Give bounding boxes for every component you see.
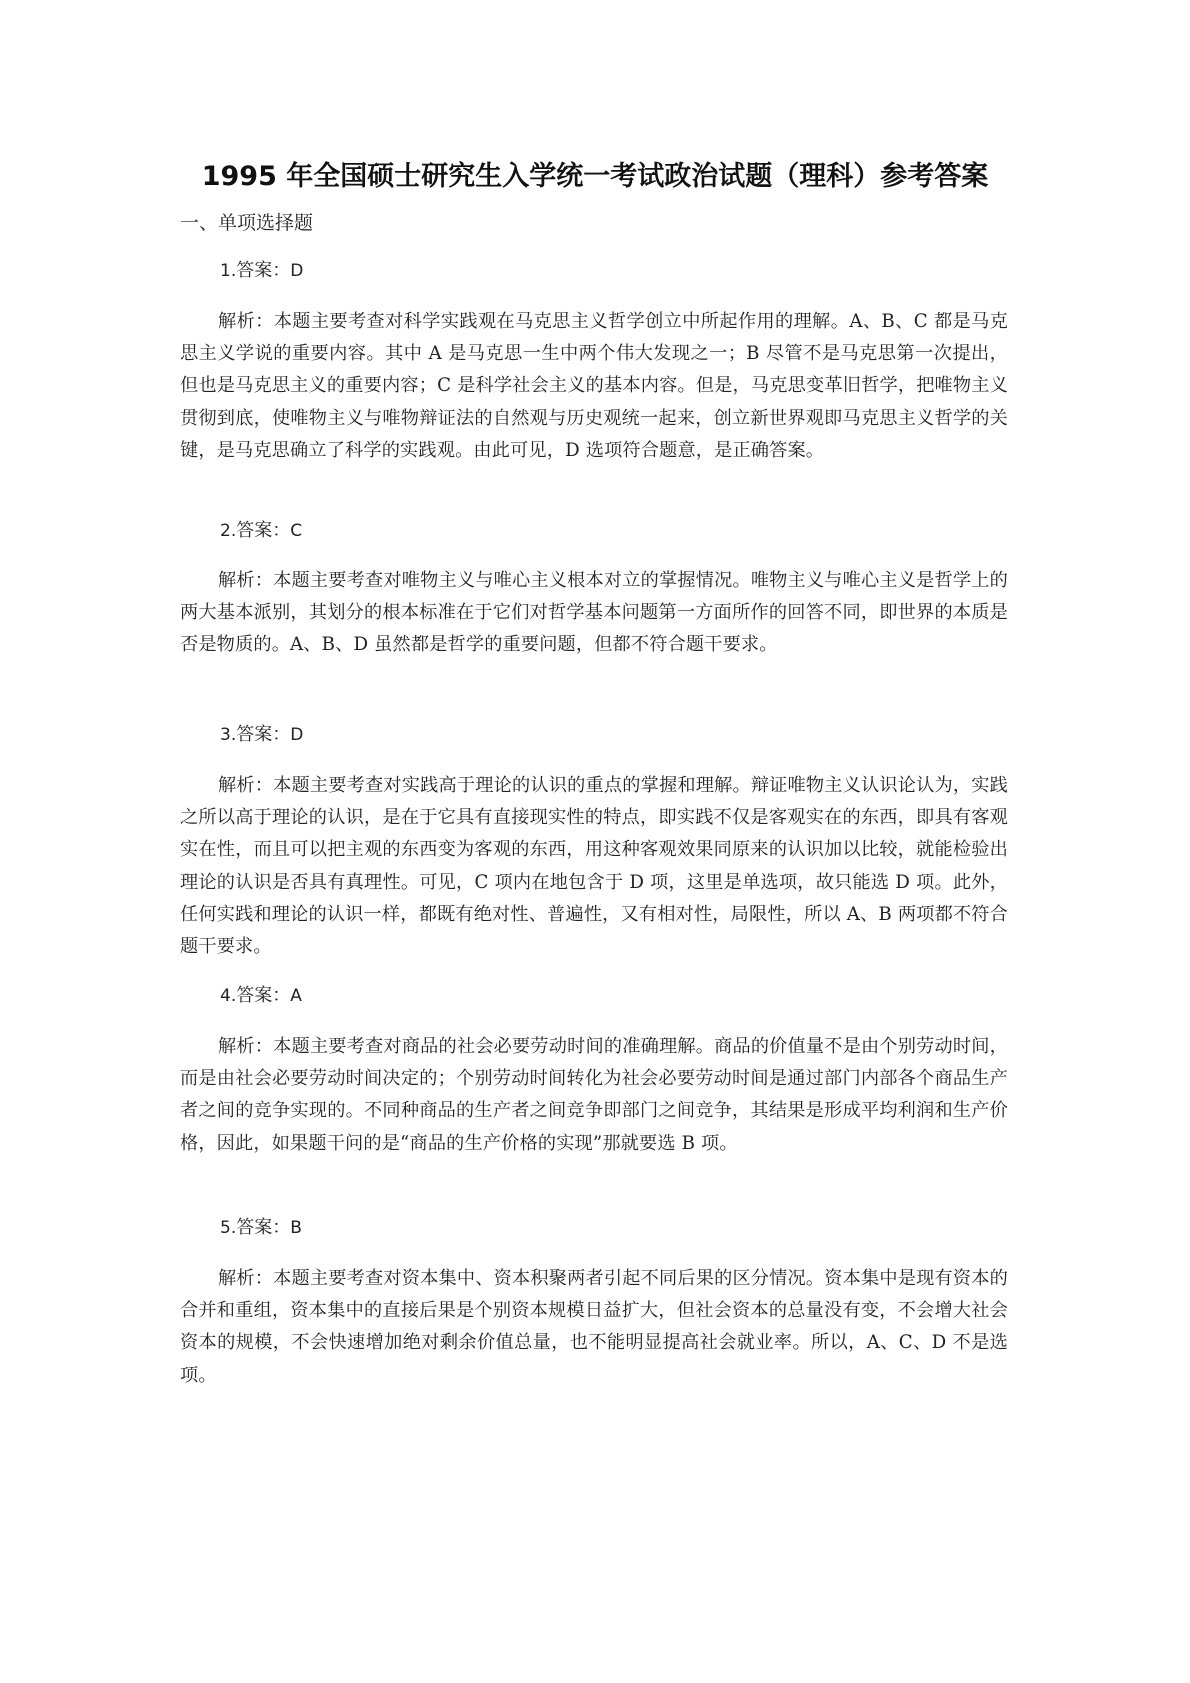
analysis-paragraph-2: 解析：本题主要考查对唯物主义与唯心主义根本对立的掌握情况。唯物主义与唯心主义是哲… xyxy=(180,565,1008,662)
analysis-paragraph-3: 解析：本题主要考查对实践高于理论的认识的重点的掌握和理解。辩证唯物主义认识论认为… xyxy=(180,770,1008,963)
answer-label: 答案： xyxy=(236,724,290,745)
document-page: 1995 年全国硕士研究生入学统一考试政治试题（理科）参考答案 一、单项选择题 … xyxy=(0,0,1190,1683)
answer-value: C xyxy=(290,521,302,541)
answer-label: 答案： xyxy=(236,985,290,1006)
analysis-paragraph-4: 解析：本题主要考查对商品的社会必要劳动时间的准确理解。商品的价值量不是由个别劳动… xyxy=(180,1031,1008,1160)
question-number: 3. xyxy=(220,725,236,745)
question-number: 1. xyxy=(220,261,236,281)
question-number: 5. xyxy=(220,1218,236,1238)
answer-value: D xyxy=(290,725,303,745)
answer-value: A xyxy=(290,986,302,1006)
answer-value: D xyxy=(290,261,303,281)
answer-line-1: 1.答案：D xyxy=(220,256,303,282)
analysis-paragraph-5: 解析：本题主要考查对资本集中、资本积聚两者引起不同后果的区分情况。资本集中是现有… xyxy=(180,1263,1008,1392)
question-number: 2. xyxy=(220,521,236,541)
answer-line-2: 2.答案：C xyxy=(220,516,302,542)
question-number: 4. xyxy=(220,986,236,1006)
section-heading: 一、单项选择题 xyxy=(180,208,313,235)
answer-line-4: 4.答案：A xyxy=(220,981,302,1007)
answer-line-3: 3.答案：D xyxy=(220,720,303,746)
answer-line-5: 5.答案：B xyxy=(220,1213,302,1239)
answer-label: 答案： xyxy=(236,1217,290,1238)
answer-value: B xyxy=(290,1218,302,1238)
answer-label: 答案： xyxy=(236,260,290,281)
analysis-paragraph-1: 解析：本题主要考查对科学实践观在马克思主义哲学创立中所起作用的理解。A、B、C … xyxy=(180,306,1008,467)
answer-label: 答案： xyxy=(236,520,290,541)
document-title: 1995 年全国硕士研究生入学统一考试政治试题（理科）参考答案 xyxy=(0,154,1190,193)
